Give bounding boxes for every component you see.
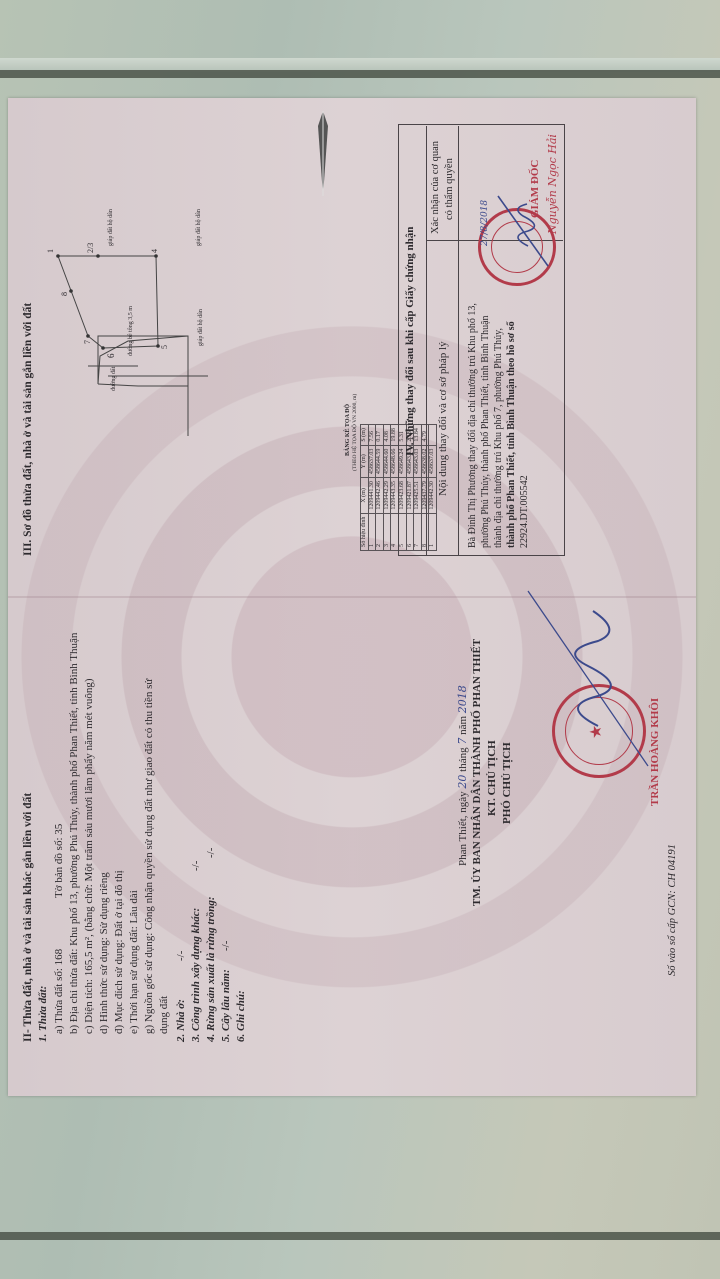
section2-title: II- Thửa đất, nhà ở và tài sản khác gắn … xyxy=(21,793,36,1042)
coord-cell: 458644.59 xyxy=(376,445,384,478)
coord-cell: 7.56 xyxy=(368,425,376,446)
signature-mark xyxy=(528,586,668,766)
sketch-label-right: giáp đất hộ dân xyxy=(196,209,204,246)
section4-col2-header-l2: có thẩm quyền xyxy=(443,158,457,220)
issuing-organization: TM. ỦY BAN NHÂN DÂN THÀNH PHỐ PHAN THIẾT xyxy=(470,639,484,906)
sketch-label-bottom-road: đường bê tông 3,5 m xyxy=(128,306,136,356)
issue-year: 2018 xyxy=(456,685,469,713)
north-arrow-icon xyxy=(308,106,338,196)
parcel-area: c) Diện tích: 165,5 m², (bằng chữ: Một t… xyxy=(82,678,96,1034)
coord-cell: 1209442.46 xyxy=(376,478,384,514)
item-house: 2. Nhà ở: xyxy=(174,999,188,1042)
coord-header-x: X (m) xyxy=(361,478,369,514)
section2-sub1: 1. Thửa đất: xyxy=(36,986,50,1042)
section4-col1-header: Nội dung thay đổi và cơ sở pháp lý xyxy=(436,341,450,496)
section4-col2-header-l1: Xác nhận của cơ quan xyxy=(429,141,443,234)
coord-cell: 2 xyxy=(376,513,384,550)
coord-table-row: 31209442.29458644.604.08 xyxy=(383,425,391,551)
section4-divider xyxy=(426,126,427,556)
coord-table-subtitle: (THEO HỆ TỌA ĐỘ VN 2000, m) xyxy=(352,394,359,471)
item-other-construction: 3. Công trình xây dựng khác: xyxy=(189,908,203,1042)
change-entry-line-1: Bà Đinh Thị Phương thay đổi địa chỉ thườ… xyxy=(466,303,479,548)
coord-cell: 458637.03 xyxy=(368,445,376,478)
coord-cell: 3 xyxy=(383,513,391,550)
sketch-label-top: giáp đất hộ dân xyxy=(108,209,116,246)
coord-header-s: S (m) xyxy=(361,425,369,446)
coord-table-row: 11209441.30458637.037.56 xyxy=(368,425,376,551)
parcel-diagram xyxy=(48,156,248,406)
parcel-number: a) Thửa đất số: 168 xyxy=(52,949,66,1034)
sketch-point-7: 7 xyxy=(83,340,93,344)
usage-origin-cont: dụng đất xyxy=(157,996,171,1034)
map-sheet-number: Tờ bản đồ số: 35 xyxy=(52,824,66,898)
item-perennial-value: -/- xyxy=(219,941,233,951)
floor-grout-bottom xyxy=(0,1232,720,1240)
month-label: tháng xyxy=(457,747,469,771)
authority-kt: KT. CHỦ TỊCH xyxy=(485,740,499,816)
issue-month: 7 xyxy=(456,738,469,745)
coord-cell: 458644.60 xyxy=(383,445,391,478)
sketch-point-6: 6 xyxy=(106,354,118,359)
coord-header-y: Y (m) xyxy=(361,445,369,478)
change-entry-line-3: thành địa chỉ thường trú Khu phố 7, phườ… xyxy=(492,328,505,548)
sketch-point-5: 5 xyxy=(160,345,170,349)
sketch-point-8: 8 xyxy=(60,292,70,296)
coord-cell: 1209441.30 xyxy=(368,478,376,514)
confirm-signature xyxy=(498,186,558,266)
item-house-value: -/- xyxy=(174,951,188,961)
coord-table-row: 21209442.46458644.590.17 xyxy=(376,425,384,551)
item-forest: 4. Rừng sản xuất là rừng trồng: xyxy=(204,896,218,1042)
coord-cell: 4.08 xyxy=(383,425,391,446)
item-notes: 6. Ghi chú: xyxy=(234,990,248,1042)
coord-cell: 1209442.29 xyxy=(383,478,391,514)
coord-header-point: Số hiệu đỉnh xyxy=(361,513,369,550)
item-other-construction-value: -/- xyxy=(189,861,203,871)
issue-date-line: Phan Thiết, ngày 20 tháng 7 năm 2018 xyxy=(456,685,470,866)
rotated-document: II- Thửa đất, nhà ở và tài sản khác gắn … xyxy=(8,98,696,1096)
registry-number: Số vào sổ cấp GCN: CH 04191 xyxy=(666,844,680,976)
usage-term: e) Thời hạn sử dụng đất: Lâu dài xyxy=(127,890,141,1034)
section4-header-divider xyxy=(458,126,459,556)
item-perennial: 5. Cây lâu năm: xyxy=(219,969,233,1042)
coord-cell: 1 xyxy=(368,513,376,550)
sketch-point-2-3: 2/3 xyxy=(86,243,96,253)
item-forest-value: -/- xyxy=(204,848,218,858)
year-label: năm xyxy=(457,716,469,735)
land-certificate-page: II- Thửa đất, nhà ở và tài sản khác gắn … xyxy=(8,98,696,1096)
change-entry-line-4: thành phố Phan Thiết, tỉnh Bình Thuận th… xyxy=(505,321,518,548)
usage-origin: g) Nguồn gốc sử dụng: Công nhận quyền sử… xyxy=(142,679,156,1034)
change-entry-line-2: phường Phú Thủy, thành phố Phan Thiết, t… xyxy=(479,315,492,548)
sketch-point-4: 4 xyxy=(150,249,160,253)
section3-title: III. Sơ đồ thửa đất, nhà ở và tài sản gắ… xyxy=(21,303,36,556)
date-prefix: Phan Thiết, ngày xyxy=(457,791,469,866)
confirm-date: 27/8/2018 xyxy=(480,200,492,246)
section4-title: IV. Những thay đổi sau khi cấp Giấy chứn… xyxy=(403,227,417,456)
change-entry-line-5: 22924.DT.005542 xyxy=(518,475,531,548)
sketch-label-right-2: giáp đất hộ dân xyxy=(198,309,206,346)
usage-purpose: đ) Mục đích sử dụng: Đất ở tại đô thị xyxy=(112,870,126,1034)
parcel-address: b) Địa chỉ thửa đất: Khu phố 13, phường … xyxy=(67,633,81,1034)
authority-role: PHÓ CHỦ TỊCH xyxy=(500,742,514,824)
sketch-label-left-road: đường đất xyxy=(111,367,119,391)
coord-cell: 0.17 xyxy=(376,425,384,446)
sketch-point-1: 1 xyxy=(46,249,56,253)
floor-grout-top xyxy=(0,70,720,78)
signer-name: TRẦN HOÀNG KHÔI xyxy=(648,698,662,806)
issue-day: 20 xyxy=(456,775,469,789)
usage-form: d) Hình thức sử dụng: Sử dụng riêng xyxy=(97,872,111,1034)
